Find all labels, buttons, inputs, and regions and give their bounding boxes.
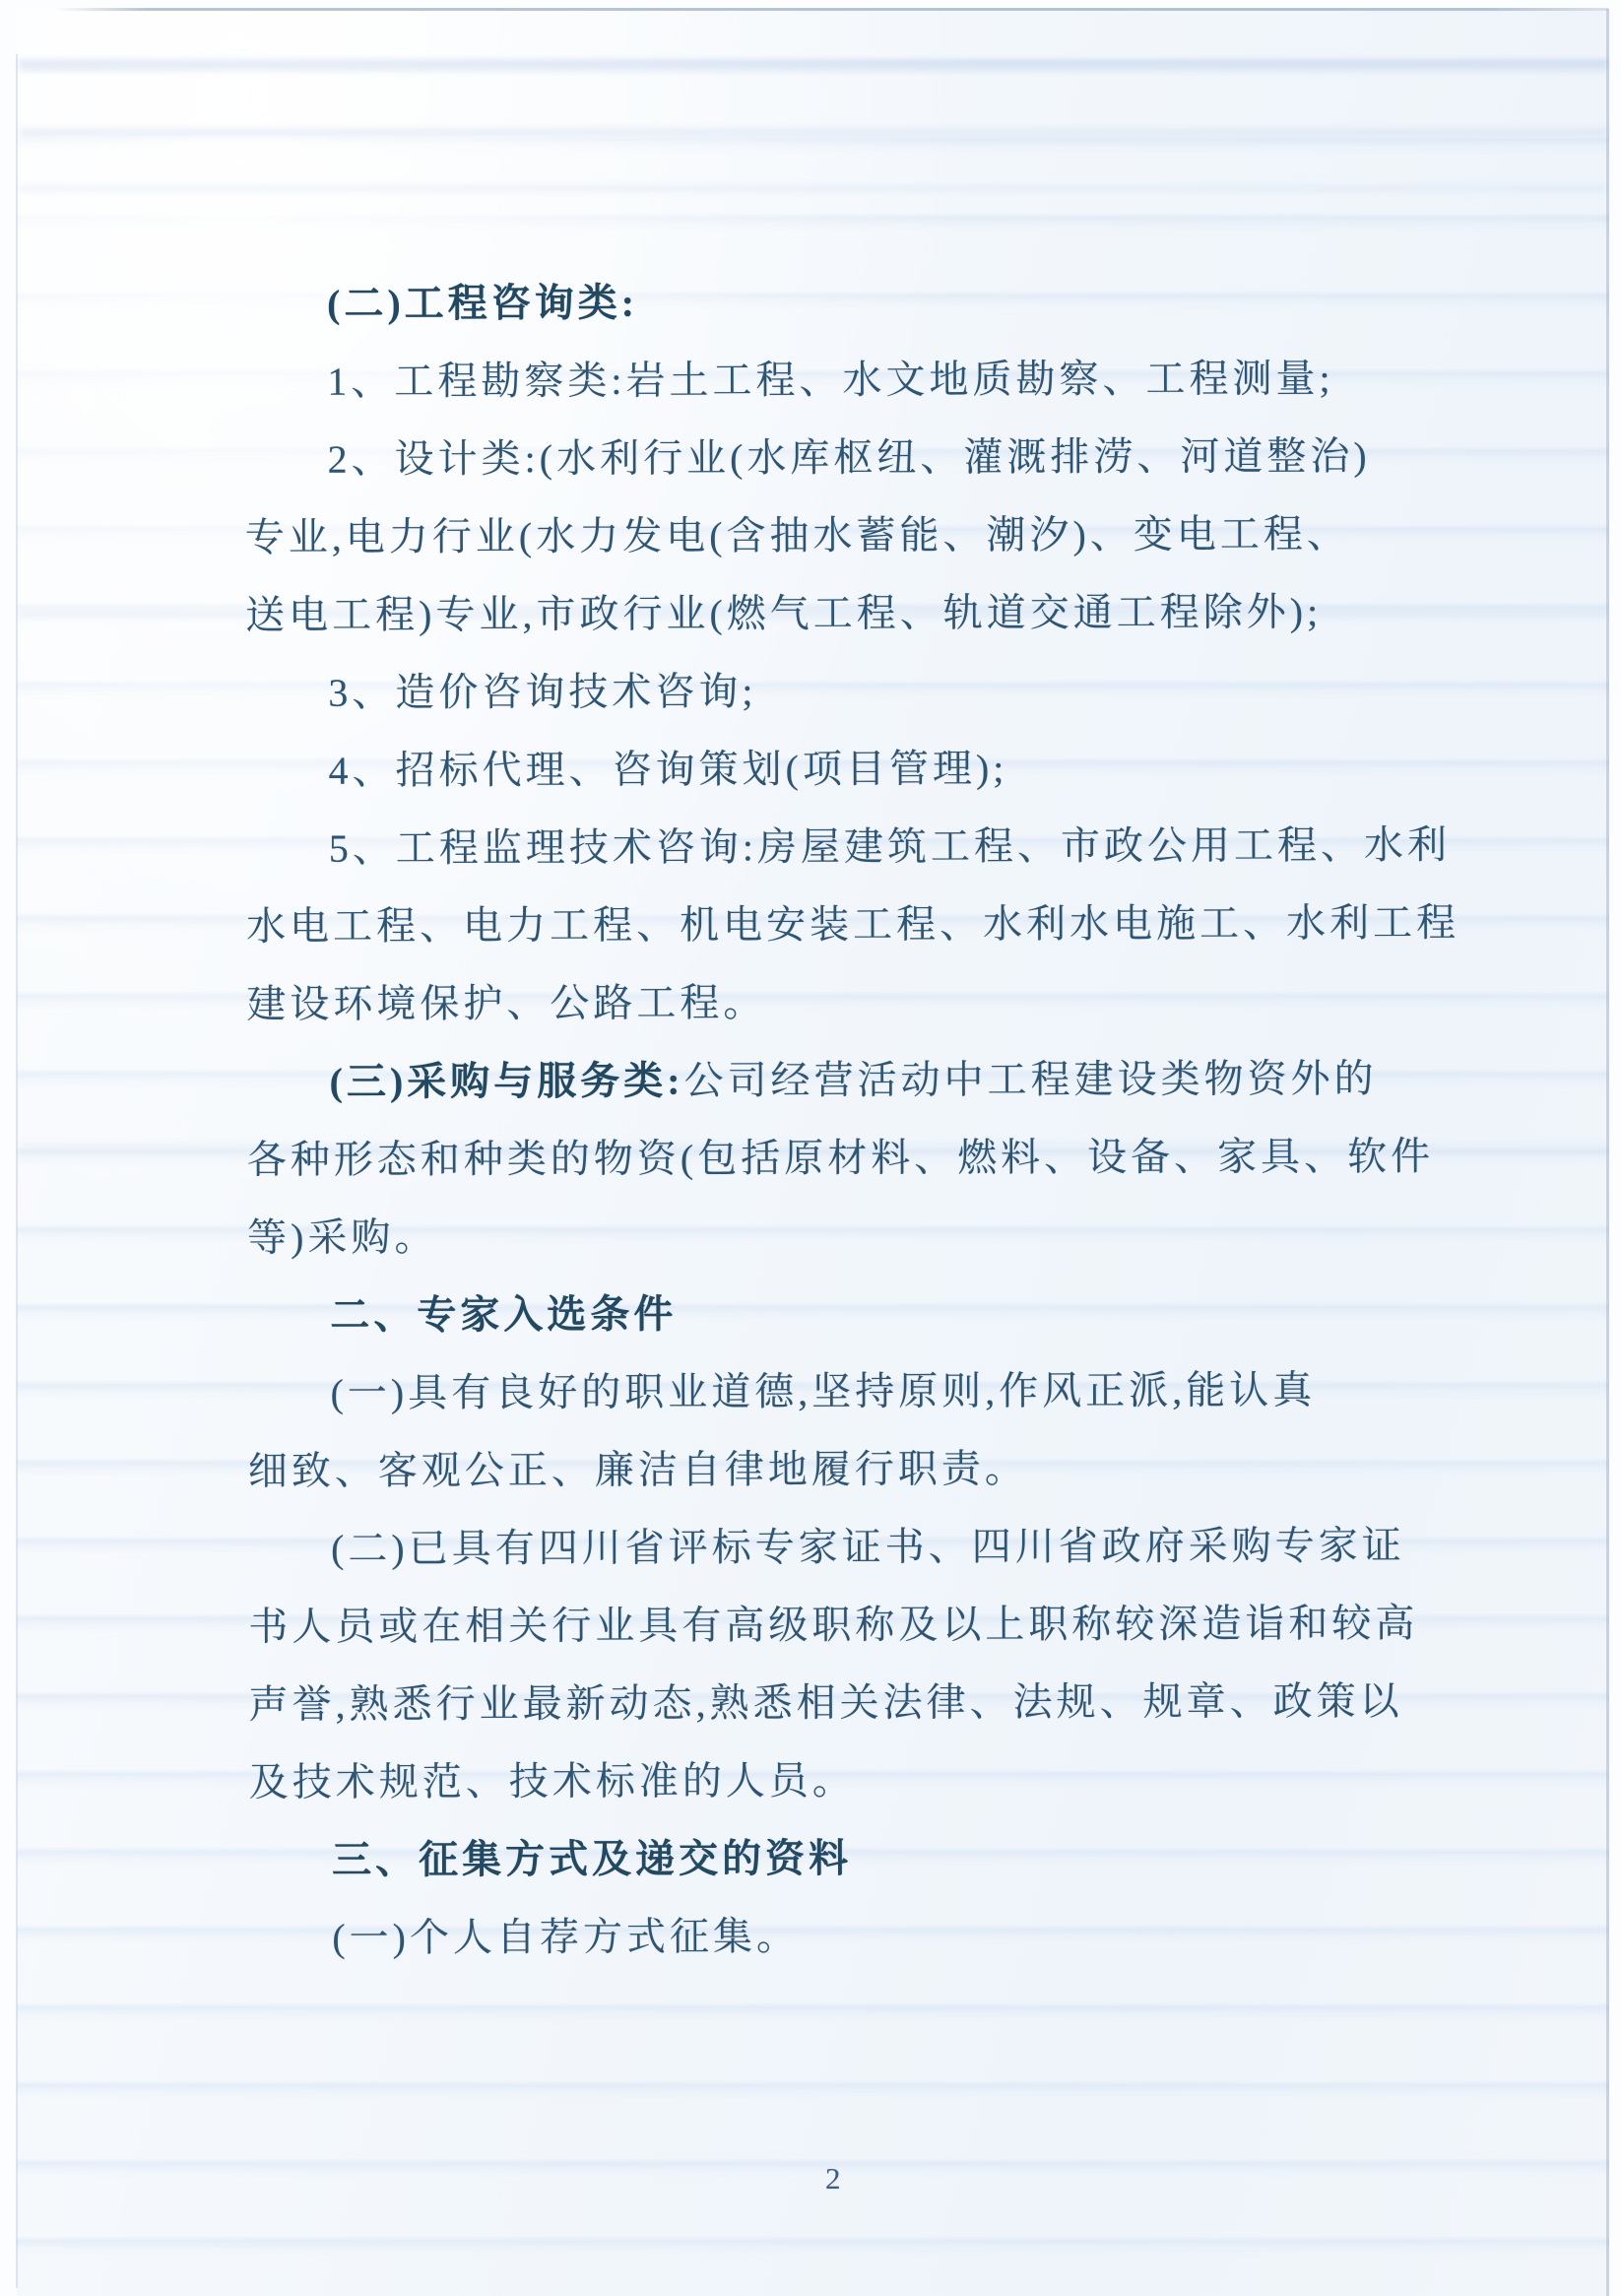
body-text: 书人员或在相关行业具有高级职称及以上职称较深造诣和较高 [248,1601,1418,1649]
text-line: (三)采购与服务类:公司经营活动中工程建设类物资外的 [246,1047,1423,1129]
text-line: 等)采购。 [247,1203,1424,1284]
text-line: 专业,电力行业(水力发电(含抽水蓄能、潮汐)、变电工程、 [245,502,1422,584]
text-line: 水电工程、电力工程、机电安装工程、水利水电施工、水利工程 [246,891,1423,973]
text-line: 5、工程监理技术咨询:房屋建筑工程、市政公用工程、水利 [246,814,1423,895]
text-line: 及技术规范、技术标准的人员。 [249,1747,1426,1829]
text-line: 1、工程勘察类:岩土工程、水文地质勘察、工程测量; [244,347,1421,428]
text-line: 2、设计类:(水利行业(水库枢纽、灌溉排涝、河道整治) [244,425,1421,506]
body-text: (二)已具有四川省评标专家证书、四川省政府采购专家证 [331,1523,1405,1570]
page-edge-left [16,54,18,2288]
scanned-document-page: (二)工程咨询类:1、工程勘察类:岩土工程、水文地质勘察、工程测量;2、设计类:… [0,0,1621,2296]
body-text: 及技术规范、技术标准的人员。 [249,1758,856,1804]
text-line: 书人员或在相关行业具有高级职称及以上职称较深造诣和较高 [248,1592,1425,1673]
document-body: (二)工程咨询类:1、工程勘察类:岩土工程、水文地质勘察、工程测量;2、设计类:… [244,269,1426,1985]
body-text: 专业,电力行业(水力发电(含抽水蓄能、潮汐)、变电工程、 [245,511,1350,559]
heading-text: 二、专家入选条件 [330,1292,677,1338]
page-edge-right [1606,9,1609,2296]
body-text: 2、设计类:(水利行业(水库枢纽、灌溉排涝、河道整治) [328,433,1371,481]
body-text: 公司经营活动中工程建设类物资外的 [683,1056,1377,1102]
body-text: 水电工程、电力工程、机电安装工程、水利水电施工、水利工程 [246,900,1459,949]
text-line: 细致、客观公正、廉洁自律地履行职责。 [248,1436,1425,1518]
text-line: 3、造价咨询技术咨询; [245,658,1422,740]
body-text: (一)个人自荐方式征集。 [332,1914,800,1959]
body-text: 5、工程监理技术咨询:房屋建筑工程、市政公用工程、水利 [329,822,1451,871]
body-text: 声誉,熟悉行业最新动态,熟悉相关法律、法规、规章、政策以 [248,1678,1402,1727]
text-line: (二)已具有四川省评标专家证书、四川省政府采购专家证 [248,1514,1425,1596]
heading-text: 三、征集方式及递交的资料 [332,1836,852,1882]
text-line: 声誉,熟悉行业最新动态,熟悉相关法律、法规、规章、政策以 [248,1670,1425,1751]
body-text: 送电工程)专业,市政行业(燃气工程、轨道交通工程除外); [245,590,1322,637]
page-number: 2 [825,2161,841,2197]
body-text: 1、工程勘察类:岩土工程、水文地质勘察、工程测量; [327,357,1333,404]
text-line: 4、招标代理、咨询策划(项目管理); [245,736,1422,818]
body-text: (一)具有良好的职业道德,坚持原则,作风正派,能认真 [331,1368,1317,1415]
text-line: (一)具有良好的职业道德,坚持原则,作风正派,能认真 [247,1358,1424,1440]
text-line: (一)个人自荐方式征集。 [249,1903,1426,1985]
body-text: 等)采购。 [247,1214,437,1260]
body-text: 各种形态和种类的物资(包括原材料、燃料、设备、家具、软件 [247,1134,1434,1182]
text-line: 三、征集方式及递交的资料 [249,1825,1426,1907]
body-text: 4、招标代理、咨询策划(项目管理); [329,747,1008,793]
text-line: 建设环境保护、公路工程。 [246,969,1423,1051]
text-line: 二、专家入选条件 [247,1280,1424,1362]
body-text: 细致、客观公正、廉洁自律地履行职责。 [248,1447,1028,1493]
text-line: 各种形态和种类的物资(包括原材料、燃料、设备、家具、软件 [247,1125,1424,1207]
body-text: 建设环境保护、公路工程。 [246,980,766,1026]
heading-text: (三)采购与服务类: [330,1059,684,1104]
heading-text: (二)工程咨询类: [327,281,638,326]
text-line: (二)工程咨询类: [244,269,1421,351]
text-line: 送电工程)专业,市政行业(燃气工程、轨道交通工程除外); [245,580,1422,662]
page-edge-top [54,8,1608,11]
body-text: 3、造价咨询技术咨询; [328,669,756,714]
